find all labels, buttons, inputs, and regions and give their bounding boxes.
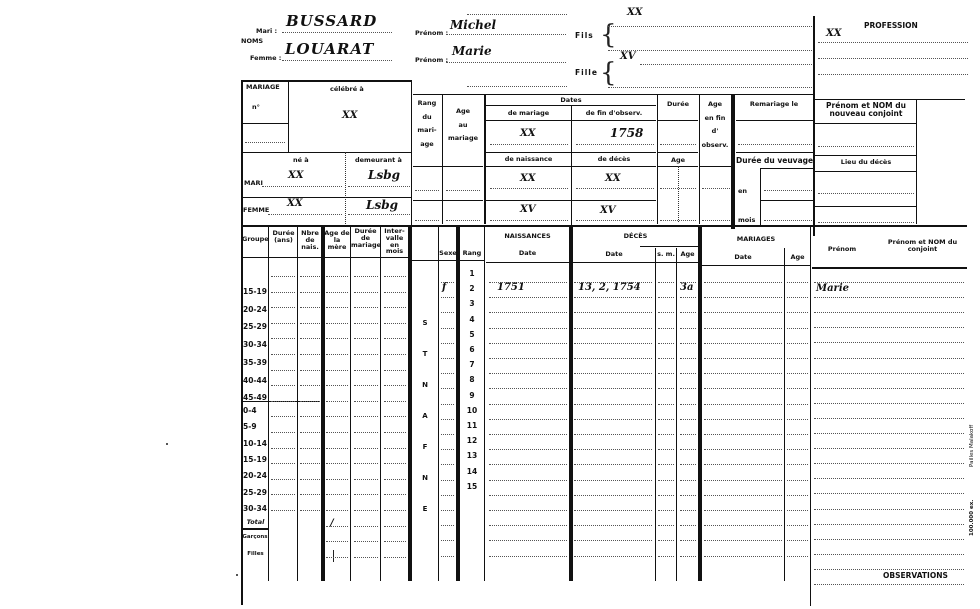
stats-cell-line[interactable] (326, 432, 348, 433)
mariage-date-cell[interactable] (704, 480, 782, 481)
deces-cell[interactable] (574, 419, 652, 420)
stats-cell-line[interactable] (384, 526, 406, 527)
stats-cell-line[interactable] (384, 292, 406, 293)
sexe-value[interactable]: f (442, 282, 446, 293)
stats-cell-line[interactable] (326, 526, 348, 527)
deces-cell[interactable] (574, 525, 652, 526)
mariage-age-cell[interactable] (787, 388, 808, 389)
rang-number: 9 (460, 392, 484, 400)
de-naissance-label: de naissance (486, 156, 571, 163)
stats-cell-line[interactable] (326, 510, 348, 511)
mariage-date-cell[interactable] (704, 434, 782, 435)
ne-demeurant-sep (345, 152, 346, 224)
stats-cell-line[interactable] (300, 448, 320, 449)
observation-line[interactable] (814, 463, 964, 464)
stats-cell-line[interactable] (300, 370, 320, 371)
naissance-cell[interactable] (489, 373, 567, 374)
sm-cell[interactable] (658, 328, 674, 329)
stats-cell-line[interactable] (300, 494, 320, 495)
mari-prenom-field[interactable]: Michel (450, 18, 496, 32)
conjoint-header: Prénom et NOM du conjoint (880, 239, 965, 253)
sexe-cell[interactable] (441, 464, 454, 465)
observation-line[interactable] (814, 373, 964, 374)
stats-cell-line[interactable] (326, 541, 348, 542)
stats-cell-line[interactable] (384, 338, 406, 339)
sm-cell[interactable] (658, 343, 674, 344)
mariage-date-cell[interactable] (704, 312, 782, 313)
mariage-age-cell[interactable] (787, 510, 808, 511)
observation-line[interactable] (814, 448, 964, 449)
stats-cell-line[interactable] (326, 370, 348, 371)
stats-cell-line[interactable] (300, 479, 320, 480)
mariage-age-cell[interactable] (787, 343, 808, 344)
mari-ne-a[interactable]: XX (288, 170, 304, 181)
rang-number: 2 (460, 285, 484, 293)
stats-cell-line[interactable] (271, 432, 295, 433)
naissance-cell[interactable] (489, 434, 567, 435)
sm-cell[interactable] (658, 464, 674, 465)
stats-cell-line[interactable] (354, 510, 378, 511)
prenom-value[interactable]: Marie (816, 283, 849, 294)
profession-label: PROFESSION (864, 22, 918, 30)
stats-cell-line[interactable] (384, 494, 406, 495)
naissance-cell[interactable] (489, 297, 567, 298)
deces-cell[interactable] (574, 434, 652, 435)
deces-sub-sep (640, 246, 698, 247)
stats-cell-line[interactable] (384, 276, 406, 277)
mari-deces-line (576, 188, 654, 189)
sexe-cell[interactable] (441, 312, 454, 313)
mariage-date-cell[interactable] (704, 540, 782, 541)
fille-mark[interactable]: XV (620, 51, 636, 62)
naissance-cell[interactable] (489, 419, 567, 420)
stats-cell-line[interactable] (354, 401, 378, 402)
age-femme-line (660, 220, 696, 221)
mariage-age-cell[interactable] (787, 297, 808, 298)
mariage-date-cell[interactable] (704, 510, 782, 511)
naissance-cell[interactable] (489, 480, 567, 481)
deces-cell[interactable] (574, 404, 652, 405)
stats-cell-line[interactable] (300, 307, 320, 308)
mariage-date-cell[interactable] (704, 328, 782, 329)
deces-age-cell[interactable] (680, 358, 696, 359)
sm-cell[interactable] (658, 282, 674, 283)
deces-age-cell[interactable] (680, 480, 696, 481)
mariage-date-cell[interactable] (704, 495, 782, 496)
sm-cell[interactable] (658, 297, 674, 298)
stats-cell-line[interactable] (326, 292, 348, 293)
observation-line[interactable] (814, 312, 964, 313)
remariage-sep (736, 120, 814, 121)
naissance-cell[interactable] (489, 312, 567, 313)
fils-mark[interactable]: XX (627, 7, 643, 18)
deces-cell[interactable] (574, 343, 652, 344)
mariage-age-cell[interactable] (787, 449, 808, 450)
stats-cell-line[interactable] (354, 463, 378, 464)
mariage-age-cell[interactable] (787, 404, 808, 405)
naissance-cell[interactable] (489, 343, 567, 344)
stats-cell-line[interactable] (354, 385, 378, 386)
stats-cell-line[interactable] (354, 432, 378, 433)
sm-cell[interactable] (658, 525, 674, 526)
stats-cell-line[interactable] (326, 338, 348, 339)
deces-value[interactable]: 13, 2, 1754 (578, 282, 641, 293)
stats-cell-line[interactable] (354, 448, 378, 449)
mariage-date-cell[interactable] (704, 343, 782, 344)
deces-age-cell[interactable] (680, 434, 696, 435)
stats-cell-line[interactable] (384, 510, 406, 511)
sexe-cell[interactable] (441, 510, 454, 511)
naissance-cell[interactable] (489, 358, 567, 359)
stats-cell-line[interactable] (300, 354, 320, 355)
sexe-rang-sep (439, 260, 484, 261)
stats-cell-line[interactable] (384, 307, 406, 308)
mariage-date-cell[interactable] (704, 449, 782, 450)
stats-cell-line[interactable] (354, 557, 378, 558)
fille-line1 (640, 64, 812, 65)
observation-line[interactable] (814, 388, 964, 389)
sm-cell[interactable] (658, 404, 674, 405)
sm-cell[interactable] (658, 556, 674, 557)
stats-cell-line[interactable] (271, 401, 295, 402)
deces-cell[interactable] (574, 312, 652, 313)
stats-cell-line[interactable] (271, 510, 295, 511)
stats-cell-line[interactable] (326, 479, 348, 480)
stats-cell-line[interactable] (384, 463, 406, 464)
stats-cell-line[interactable] (326, 323, 348, 324)
femme-demeurant[interactable]: Lsbg (366, 198, 398, 212)
sexe-cell[interactable] (441, 556, 454, 557)
remariage-left (731, 94, 735, 229)
stats-cell-line[interactable] (326, 354, 348, 355)
stats-cell-line[interactable] (354, 494, 378, 495)
sm-cell[interactable] (658, 388, 674, 389)
mariage-age-cell[interactable] (787, 525, 808, 526)
naissance-cell[interactable] (489, 388, 567, 389)
stats-cell-line[interactable] (384, 416, 406, 417)
femme-ne-a[interactable]: XX (287, 198, 303, 209)
mariage-age-cell[interactable] (787, 328, 808, 329)
mari-dem-line (348, 186, 410, 187)
mariage-date-cell[interactable] (704, 525, 782, 526)
deces-cell[interactable] (574, 464, 652, 465)
deces-age-cell[interactable] (680, 312, 696, 313)
mari-deces[interactable]: XX (605, 173, 621, 184)
mariage-date-cell[interactable] (704, 388, 782, 389)
sm-cell[interactable] (658, 480, 674, 481)
observation-line[interactable] (814, 493, 964, 494)
col-groupe-right (268, 226, 269, 581)
col-mariage-right (784, 248, 785, 581)
sm-cell[interactable] (658, 419, 674, 420)
sexe-cell[interactable] (441, 328, 454, 329)
sm-cell[interactable] (658, 312, 674, 313)
conjoint-sep (815, 123, 917, 124)
femme-naissance[interactable]: XV (520, 204, 536, 215)
sexe-cell[interactable] (441, 297, 454, 298)
deces-age-cell[interactable] (680, 464, 696, 465)
mariage-age-cell[interactable] (787, 419, 808, 420)
mariage-age-cell[interactable] (787, 312, 808, 313)
sm-cell[interactable] (658, 434, 674, 435)
stats-cell-line[interactable] (300, 385, 320, 386)
fils-line2 (608, 50, 812, 51)
deces-age-cell[interactable] (680, 297, 696, 298)
stats-cell-line[interactable] (354, 354, 378, 355)
mariage-date-cell[interactable] (704, 556, 782, 557)
sm-cell[interactable] (658, 495, 674, 496)
mari-demeurant[interactable]: Lsbg (368, 168, 400, 182)
femme-row-label: FEMME (243, 207, 269, 214)
deces-cell[interactable] (574, 540, 652, 541)
mariage-age-cell[interactable] (787, 495, 808, 496)
total-age-mark: / (330, 518, 334, 529)
stats-cell-line[interactable] (354, 541, 378, 542)
mariage-date-cell[interactable] (704, 464, 782, 465)
stats-cell-line[interactable] (271, 479, 295, 480)
stats-cell-line[interactable] (354, 307, 378, 308)
deces-age-cell[interactable] (680, 449, 696, 450)
stats-cell-line[interactable] (384, 354, 406, 355)
stats-cell-line[interactable] (300, 292, 320, 293)
sexe-cell[interactable] (441, 525, 454, 526)
stats-cell-line[interactable] (271, 448, 295, 449)
sexe-cell[interactable] (441, 540, 454, 541)
mari-naissance[interactable]: XX (520, 173, 536, 184)
naissance-cell[interactable] (489, 495, 567, 496)
mariage-date-cell[interactable] (704, 297, 782, 298)
fin-observ-value[interactable]: 1758 (610, 126, 643, 140)
deces-cell[interactable] (574, 297, 652, 298)
celebre-value[interactable]: XX (342, 110, 358, 121)
deces-age-cell[interactable] (680, 419, 696, 420)
femme-prenom-line2 (467, 86, 567, 87)
group-label: 40-44 (243, 377, 269, 385)
stats-cell-line[interactable] (271, 292, 295, 293)
stats-cell-line[interactable] (271, 276, 295, 277)
stats-cell-line[interactable] (300, 416, 320, 417)
sexe-cell[interactable] (441, 373, 454, 374)
deces-age-cell[interactable] (680, 373, 696, 374)
observation-line[interactable] (814, 524, 964, 525)
deces-age-cell[interactable] (680, 540, 696, 541)
stats-cell-line[interactable] (300, 432, 320, 433)
stats-cell-line[interactable] (384, 541, 406, 542)
stats-cell-line[interactable] (326, 463, 348, 464)
sexe-cell[interactable] (441, 388, 454, 389)
stats-cell-line[interactable] (354, 338, 378, 339)
stats-cell-line[interactable] (300, 401, 320, 402)
deces-age-value[interactable]: 3a (680, 282, 693, 293)
col-rang-right (484, 226, 485, 581)
mariage-date-cell[interactable] (704, 373, 782, 374)
stats-cell-line[interactable] (271, 494, 295, 495)
stats-cell-line[interactable] (300, 323, 320, 324)
sm-cell[interactable] (658, 449, 674, 450)
deces-age-cell[interactable] (680, 328, 696, 329)
rang-number: 4 (460, 316, 484, 324)
sexe-cell[interactable] (441, 343, 454, 344)
group-label: 30-34 (243, 505, 269, 513)
naissance-cell[interactable] (489, 449, 567, 450)
observation-line[interactable] (814, 297, 964, 298)
sexe-cell[interactable] (441, 434, 454, 435)
femme-nom-field[interactable]: LOUARAT (285, 40, 374, 58)
deces-cell[interactable] (574, 373, 652, 374)
stats-cell-line[interactable] (271, 416, 295, 417)
deces-age-cell[interactable] (680, 388, 696, 389)
sm-cell[interactable] (658, 373, 674, 374)
sexe-cell[interactable] (441, 480, 454, 481)
mariage-age-cell[interactable] (787, 556, 808, 557)
rang-number: 1 (460, 270, 484, 278)
stats-cell-line[interactable] (354, 526, 378, 527)
sexe-cell[interactable] (441, 404, 454, 405)
stats-cell-line[interactable] (271, 385, 295, 386)
stats-cell-line[interactable] (326, 494, 348, 495)
mari-nom-field[interactable]: BUSSARD (286, 12, 377, 30)
naissance-cell[interactable] (489, 540, 567, 541)
stats-cell-line[interactable] (300, 276, 320, 277)
sexe-cell[interactable] (441, 449, 454, 450)
naissance-cell[interactable] (489, 464, 567, 465)
stats-cell-line[interactable] (354, 323, 378, 324)
observation-line[interactable] (814, 509, 964, 510)
stats-cell-line[interactable] (384, 401, 406, 402)
femme-deces[interactable]: XV (600, 205, 616, 216)
deces-cell[interactable] (574, 328, 652, 329)
stats-cell-line[interactable] (326, 448, 348, 449)
duree-sep (658, 120, 698, 121)
stats-cell-line[interactable] (384, 385, 406, 386)
stats-cell-line[interactable] (326, 385, 348, 386)
deces-age-cell[interactable] (680, 404, 696, 405)
deces-cell[interactable] (574, 480, 652, 481)
stats-cell-line[interactable] (271, 354, 295, 355)
noms-label: NOMS (241, 38, 263, 45)
mariage-age-cell[interactable] (787, 480, 808, 481)
stats-cell-line[interactable] (354, 370, 378, 371)
observation-line[interactable] (814, 282, 964, 283)
mariage-date-cell[interactable] (704, 282, 782, 283)
observation-line[interactable] (814, 569, 964, 570)
observation-line[interactable] (814, 539, 964, 540)
deces-age-cell[interactable] (680, 343, 696, 344)
observation-line[interactable] (814, 478, 964, 479)
naissance-cell[interactable] (489, 328, 567, 329)
sm-cell[interactable] (658, 358, 674, 359)
observation-line[interactable] (814, 584, 964, 585)
deces-cell[interactable] (574, 449, 652, 450)
stats-cell-line[interactable] (271, 338, 295, 339)
stats-cell-line[interactable] (300, 338, 320, 339)
observation-line[interactable] (814, 554, 964, 555)
stats-cell-line[interactable] (271, 307, 295, 308)
deces-cell[interactable] (574, 556, 652, 557)
stats-cell-line[interactable] (354, 479, 378, 480)
femme-naiss-line (490, 220, 568, 221)
sexe-cell[interactable] (441, 419, 454, 420)
mariage-date-cell[interactable] (704, 404, 782, 405)
observation-line[interactable] (814, 403, 964, 404)
stats-cell-line[interactable] (354, 292, 378, 293)
stats-cell-line[interactable] (326, 401, 348, 402)
numero-line (245, 142, 285, 143)
stats-cell-line[interactable] (354, 416, 378, 417)
age-label: Age (658, 157, 698, 164)
stats-cell-line[interactable] (326, 557, 348, 558)
naissance-cell[interactable] (489, 525, 567, 526)
deces-cell[interactable] (574, 358, 652, 359)
stats-cell-line[interactable] (326, 307, 348, 308)
mariage-age-cell[interactable] (787, 434, 808, 435)
mariage-top-border (241, 80, 411, 82)
enfants-letter: E (414, 506, 436, 513)
naissance-cell[interactable] (489, 510, 567, 511)
stats-cell-line[interactable] (354, 276, 378, 277)
deces-age-cell[interactable] (680, 556, 696, 557)
sm-cell[interactable] (658, 540, 674, 541)
stats-cell-line[interactable] (384, 432, 406, 433)
mariage-age-cell[interactable] (787, 464, 808, 465)
mariage-age-cell[interactable] (787, 358, 808, 359)
stats-cell-line[interactable] (384, 323, 406, 324)
observation-line[interactable] (814, 433, 964, 434)
deces-age-header: Age (677, 251, 698, 258)
observation-line[interactable] (814, 358, 964, 359)
deces-cell[interactable] (574, 510, 652, 511)
deces-cell[interactable] (574, 388, 652, 389)
mariage-age-cell[interactable] (787, 282, 808, 283)
sexe-cell[interactable] (441, 358, 454, 359)
deces-cell[interactable] (574, 495, 652, 496)
deces-age-cell[interactable] (680, 525, 696, 526)
stats-cell-line[interactable] (384, 479, 406, 480)
date-mariage-value[interactable]: XX (520, 128, 536, 139)
naissance-value[interactable]: 1751 (497, 282, 525, 293)
profession-value[interactable]: XX (826, 28, 842, 39)
mariage-age-cell[interactable] (787, 373, 808, 374)
sexe-cell[interactable] (441, 495, 454, 496)
stats-cell-line[interactable] (384, 448, 406, 449)
stats-cell-line[interactable] (271, 323, 295, 324)
stats-cell-line[interactable] (326, 416, 348, 417)
observation-line[interactable] (814, 342, 964, 343)
stats-cell-line[interactable] (384, 557, 406, 558)
stats-cell-line[interactable] (384, 370, 406, 371)
sm-cell[interactable] (658, 510, 674, 511)
mariage-date-cell[interactable] (704, 358, 782, 359)
stats-cell-line[interactable] (300, 510, 320, 511)
femme-prenom-field[interactable]: Marie (452, 44, 492, 58)
stats-cell-line[interactable] (326, 276, 348, 277)
stats-cell-line[interactable] (300, 463, 320, 464)
deces-age-cell[interactable] (680, 495, 696, 496)
naissance-cell[interactable] (489, 556, 567, 557)
naissance-cell[interactable] (489, 404, 567, 405)
stats-cell-line[interactable] (271, 463, 295, 464)
conjoint-top (815, 99, 965, 100)
stats-cell-line[interactable] (271, 370, 295, 371)
conjoint-line (818, 146, 914, 147)
deces-age-cell[interactable] (680, 510, 696, 511)
mariage-date-cell[interactable] (704, 419, 782, 420)
mariage-age-cell[interactable] (787, 540, 808, 541)
observation-line[interactable] (814, 418, 964, 419)
observation-line[interactable] (814, 327, 964, 328)
profession-divider (813, 16, 815, 236)
fille-bracket: { (600, 60, 617, 86)
